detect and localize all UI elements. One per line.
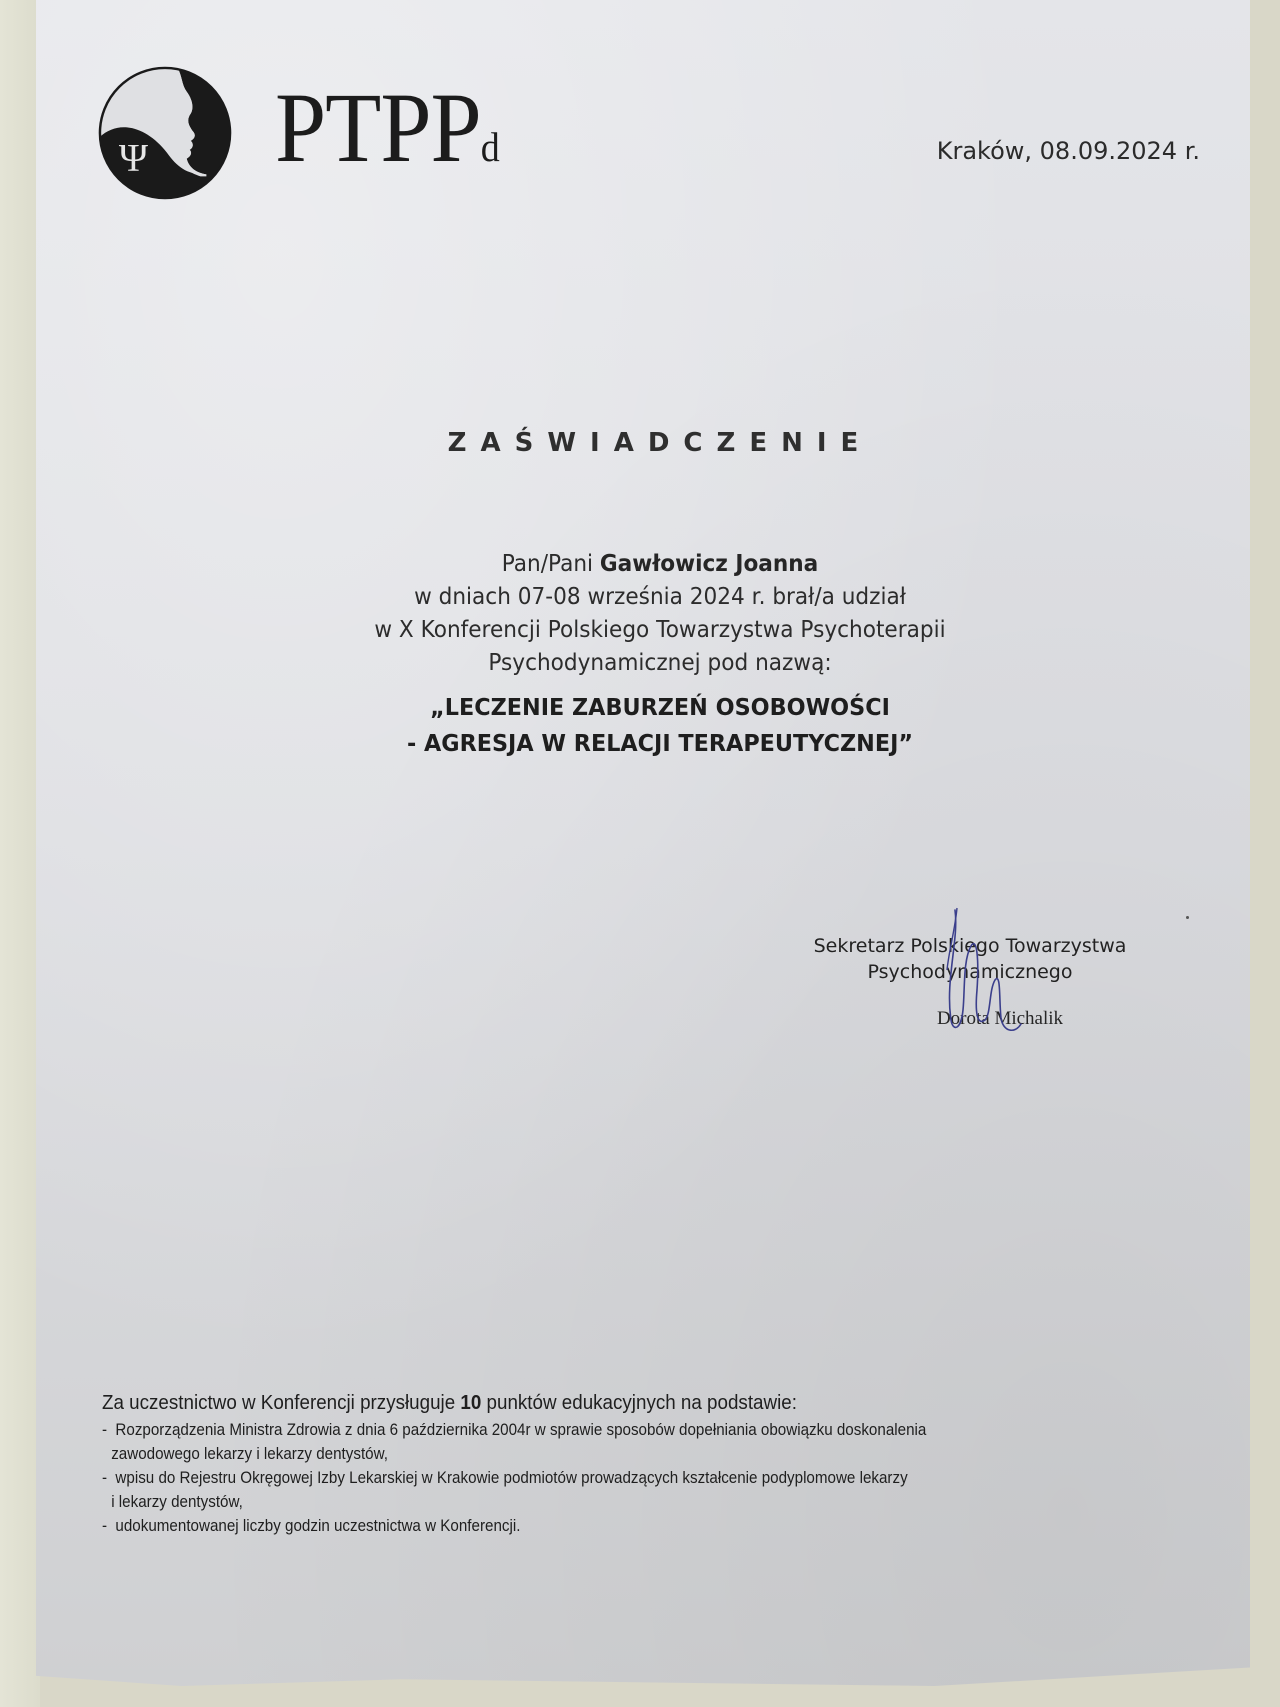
participant-name: Gawłowicz Joanna bbox=[600, 551, 818, 577]
legal-basis-item-text: Rozporządzenia Ministra Zdrowia z dnia 6… bbox=[115, 1421, 926, 1439]
psi-silhouette-logo-icon: Ψ bbox=[96, 64, 234, 202]
education-points-value: 10 bbox=[460, 1392, 481, 1414]
organization-logo-text: PTPPd bbox=[275, 78, 500, 177]
points-statement-suffix: punktów edukacyjnych na podstawie: bbox=[481, 1392, 797, 1414]
legal-basis-item-continuation: i lekarzy dentystów, bbox=[102, 1490, 1059, 1514]
points-statement: Za uczestnictwo w Konferencji przysługuj… bbox=[102, 1390, 1080, 1416]
legal-basis-item-text: wpisu do Rejestru Okręgowej Izby Lekarsk… bbox=[115, 1469, 907, 1487]
document-title: ZAŚWIADCZENIE bbox=[0, 428, 1280, 458]
logo-text-subscript: d bbox=[481, 126, 500, 171]
conference-name-line: w X Konferencji Polskiego Towarzystwa Ps… bbox=[275, 614, 1046, 647]
salutation-prefix: Pan/Pani bbox=[502, 551, 600, 577]
points-statement-prefix: Za uczestnictwo w Konferencji przysługuj… bbox=[102, 1392, 460, 1414]
logo-text-main: PTPP bbox=[275, 73, 481, 183]
conference-title-line-2: - AGRESJA W RELACJI TERAPEUTYCZNEJ” bbox=[214, 726, 1106, 762]
conference-title-line-1: „LECZENIE ZABURZEŃ OSOBOWOŚCI bbox=[214, 690, 1106, 726]
certificate-body: Pan/Pani Gawłowicz Joanna w dniach 07-08… bbox=[275, 548, 1046, 680]
conference-title: „LECZENIE ZABURZEŃ OSOBOWOŚCI - AGRESJA … bbox=[214, 690, 1106, 762]
participant-line: Pan/Pani Gawłowicz Joanna bbox=[275, 548, 1046, 581]
place-and-date: Kraków, 08.09.2024 r. bbox=[937, 137, 1200, 165]
legal-basis-item: - udokumentowanej liczby godzin uczestni… bbox=[102, 1514, 1059, 1538]
background-surface bbox=[0, 0, 40, 1707]
legal-basis-item-continuation: zawodowego lekarzy i lekarzy dentystów, bbox=[102, 1442, 1059, 1466]
svg-text:Ψ: Ψ bbox=[119, 135, 148, 179]
paper-speck bbox=[1186, 916, 1189, 919]
legal-basis-list: - Rozporządzenia Ministra Zdrowia z dnia… bbox=[102, 1418, 1142, 1538]
handwritten-signature-icon bbox=[915, 900, 1035, 1040]
legal-basis-item: - wpisu do Rejestru Okręgowej Izby Lekar… bbox=[102, 1466, 1059, 1514]
education-points-note: Za uczestnictwo w Konferencji przysługuj… bbox=[102, 1390, 1142, 1538]
participation-dates-line: w dniach 07-08 września 2024 r. brał/a u… bbox=[275, 581, 1046, 614]
legal-basis-item: - Rozporządzenia Ministra Zdrowia z dnia… bbox=[102, 1418, 1059, 1466]
conference-name-line-2: Psychodynamicznej pod nazwą: bbox=[275, 647, 1046, 680]
legal-basis-item-text: udokumentowanej liczby godzin uczestnict… bbox=[115, 1517, 520, 1535]
